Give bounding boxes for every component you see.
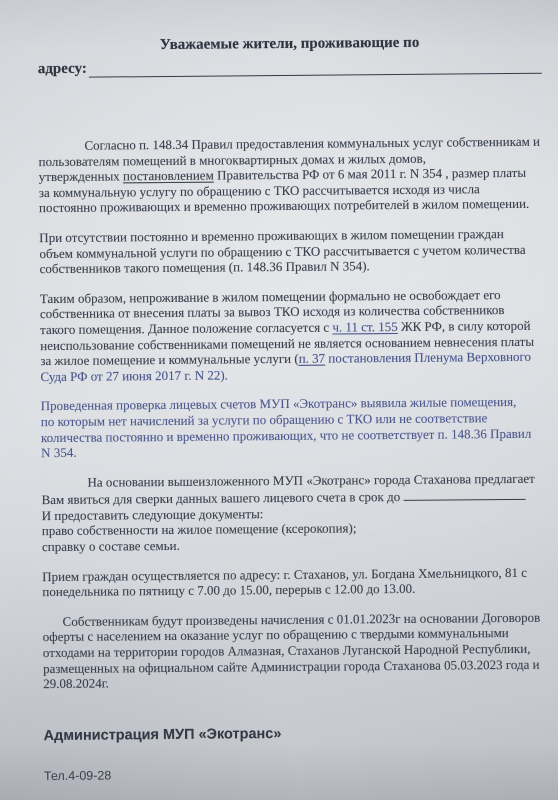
text-segment: ЖК РФ, в силу которой [398,318,531,334]
text-segment: постановления Пленума Верховного [325,349,531,366]
text-segment: п. 37 [299,351,326,366]
text-segment: И предоставить следующие документы: [42,506,264,523]
letter-sheet: Уважаемые жители, проживающие по адресу:… [0,0,558,800]
text-line: постоянно проживающих и временно прожива… [39,196,543,216]
text-line: собственников такого помещения (п. 148.3… [39,257,543,277]
text-segment: постоянно проживающих и временно прожива… [39,196,529,215]
text-segment: ч. 11 ст. 155 [332,319,397,335]
text-segment: справку о составе семьи. [42,538,180,554]
text-segment: право собственности на жилое помещение (… [42,521,357,539]
address-blank-line [89,56,542,78]
paragraph: Проведенная проверка лицевых счетов МУП … [41,394,546,461]
text-segment: постановлением [123,168,214,184]
text-segment: за жилое помещение и коммунальные услуги… [40,351,298,368]
text-segment: N 354. [41,445,77,460]
text-segment: Суда РФ от 27 июня 2017 г. N 22). [40,367,228,384]
text-segment: понедельника по пятницу с 7.00 до 15.00,… [42,581,415,599]
text-line: Суда РФ от 27 июня 2017 г. N 22). [40,364,544,384]
text-segment: 29.08.2024г. [43,676,109,692]
paragraph: Согласно п. 148.34 Правил предоставления… [38,134,543,216]
paragraph: Таким образом, непроживание в жилом поме… [40,286,545,384]
text-line: справку о составе семьи. [42,535,546,555]
text-segment: собственников такого помещения (п. 148.3… [39,258,369,276]
text-segment: такого помещения. Данное положение согла… [40,319,332,337]
paragraph: При отсутствии постоянно и временно прож… [39,226,543,277]
paragraph: На основании вышеизложенного МУП «Экотра… [41,470,546,554]
text-line: понедельника по пятницу с 7.00 до 15.00,… [42,580,546,600]
letter-content: Уважаемые жители, проживающие по адресу:… [38,32,548,783]
phone-number: Тел.4-09-28 [44,764,548,782]
text-segment: Согласно п. 148.34 Правил предоставления… [84,134,540,153]
letter-heading-line1: Уважаемые жители, проживающие по [38,32,542,56]
text-segment: утвержденных [39,169,123,185]
address-label: адресу: [38,61,87,78]
blank-line [403,486,525,501]
text-segment: Вам явиться для сверки данных вашего лиц… [41,489,403,507]
paragraph: Прием граждан осуществляется по адресу: … [42,564,546,600]
letter-photo: { "heading": { "line1": "Уважаемые жител… [0,0,558,800]
document-body: Согласно п. 148.34 Правил предоставления… [38,134,547,692]
address-line: адресу: [38,56,542,78]
paragraph: Собственникам будут произведены начислен… [43,610,548,692]
signature-org: Администрация МУП «Экотранс» [44,723,548,743]
